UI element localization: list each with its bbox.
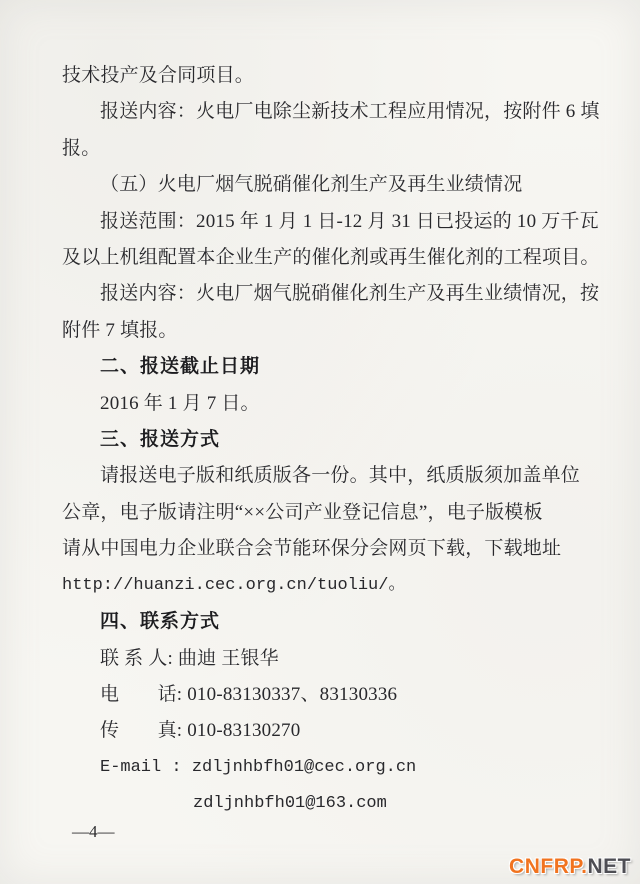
text-line: 技术投产及合同项目。 (62, 58, 584, 94)
text-line: 及以上机组配置本企业生产的催化剂或再生催化剂的工程项目。 (62, 240, 584, 276)
text-line: 请报送电子版和纸质版各一份。其中，纸质版须加盖单位 (62, 458, 584, 494)
text-line: 2016 年 1 月 7 日。 (62, 386, 584, 422)
text-line: E-mail : zdljnhbfh01@cec.org.cn (62, 750, 584, 786)
text-line: 请从中国电力企业联合会节能环保分会网页下载，下载地址 (62, 531, 584, 567)
section-heading: 三、报送方式 (62, 422, 584, 458)
watermark-brand-text: CNFRP. (509, 855, 587, 878)
text-line: 报送内容：火电厂电除尘新技术工程应用情况，按附件 6 填 (62, 94, 584, 130)
watermark-suffix-text: NET (588, 855, 632, 878)
section-heading: 二、报送截止日期 (62, 349, 584, 385)
section-heading: 四、联系方式 (62, 604, 584, 640)
text-line: 传 真: 010-83130270 (62, 713, 584, 749)
site-watermark: CNFRP.NET (509, 855, 631, 879)
text-line: 报送内容：火电厂烟气脱硝催化剂生产及再生业绩情况，按 (62, 276, 584, 312)
text-line: （五）火电厂烟气脱硝催化剂生产及再生业绩情况 (62, 167, 584, 203)
page-number: —4— (72, 817, 115, 847)
document-body: 技术投产及合同项目。报送内容：火电厂电除尘新技术工程应用情况，按附件 6 填报。… (62, 58, 584, 823)
scanned-document-page: 技术投产及合同项目。报送内容：火电厂电除尘新技术工程应用情况，按附件 6 填报。… (0, 0, 640, 884)
text-line: 报送范围：2015 年 1 月 1 日-12 月 31 日已投运的 10 万千瓦 (62, 204, 584, 240)
text-line: 公章，电子版请注明“××公司产业登记信息”，电子版模板 (62, 495, 584, 531)
text-line: 附件 7 填报。 (62, 313, 584, 349)
text-line: http://huanzi.cec.org.cn/tuoliu/。 (62, 568, 584, 604)
text-line: 报。 (62, 131, 584, 167)
text-line: 联 系 人: 曲迪 王银华 (62, 641, 584, 677)
text-line: 电 话: 010-83130337、83130336 (62, 677, 584, 713)
text-line: zdljnhbfh01@163.com (62, 786, 584, 822)
